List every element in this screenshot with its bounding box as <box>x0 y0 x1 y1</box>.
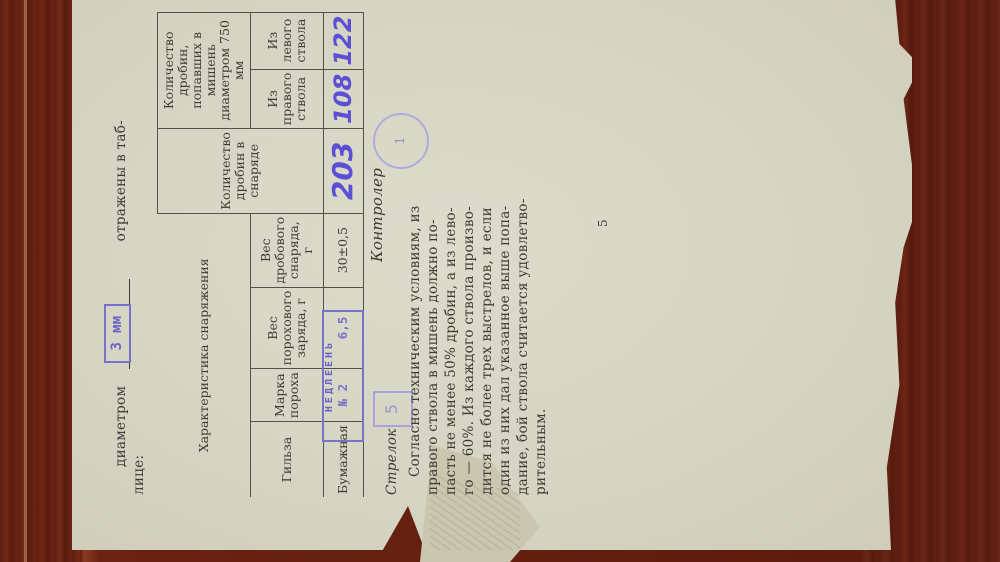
col-header-left-barrel: Из левого ствола <box>250 12 323 69</box>
col-header-right-barrel: Из правого ствола <box>250 69 323 128</box>
col-header-count: Количество дробин в снаряде <box>158 129 324 214</box>
cell-right-barrel: 108 <box>323 69 363 128</box>
paragraph-line-5: дится не более трех выстрелов, и если <box>479 207 496 495</box>
group-header: Характеристика снаряжения <box>158 213 251 497</box>
paragraph-line-4: го — 60%. Из каждого ствола произво- <box>461 206 478 495</box>
intro-line-1: диаметром 3 мм отражены в таб- <box>113 120 130 467</box>
cell-left-barrel: 122 <box>323 12 363 69</box>
diameter-blank: 3 мм <box>113 279 130 369</box>
col-header-powder-weight: Вес порохового заряда, г <box>250 287 323 369</box>
controller-round-stamp: 1 <box>373 113 429 169</box>
paragraph-line-2: правого ствола в мишень должно по- <box>425 219 442 495</box>
col-header-marka: Марка пороха <box>250 369 323 422</box>
col-header-shot-weight: Вес дробового снаряда, г <box>250 213 323 287</box>
cell-shot-count: 203 <box>323 129 363 214</box>
paragraph-line-7: дание, бой ствола считается удовлетво- <box>515 198 532 495</box>
intro-text-before: диаметром <box>113 386 129 467</box>
wood-background-left <box>0 0 80 562</box>
dealer-stamp: НЕДЛЕЕНЬ <box>322 310 364 442</box>
paragraph-line-8: рительным. <box>533 408 550 495</box>
cell-shot-weight: 30±0,5 <box>323 213 363 287</box>
paragraph-line-6: один из них дал указанное выше попа- <box>497 206 514 495</box>
rotated-page-content: диаметром 3 мм отражены в таб- лице: Хар… <box>107 0 807 517</box>
col-header-gilza: Гильза <box>250 422 323 497</box>
paragraph-line-1: Согласно техническим условиям, из <box>407 205 424 477</box>
paragraph-line-3: пасть не менее 50% дробин, а из лево- <box>443 207 460 495</box>
intro-line-2: лице: <box>131 455 148 495</box>
diameter-stamp: 3 мм <box>104 304 131 363</box>
shooter-label: Стрелок <box>384 428 401 495</box>
intro-text-after: отражены в таб- <box>113 120 129 241</box>
col-header-hits: Количество дробин, попавших в мишень диа… <box>158 12 251 129</box>
controller-label: Контролер <box>369 168 386 262</box>
page-number: 5 <box>595 219 612 227</box>
dealer-stamp-text: НЕДЛЕЕНЬ <box>324 340 335 412</box>
wood-grain-line <box>24 0 27 562</box>
